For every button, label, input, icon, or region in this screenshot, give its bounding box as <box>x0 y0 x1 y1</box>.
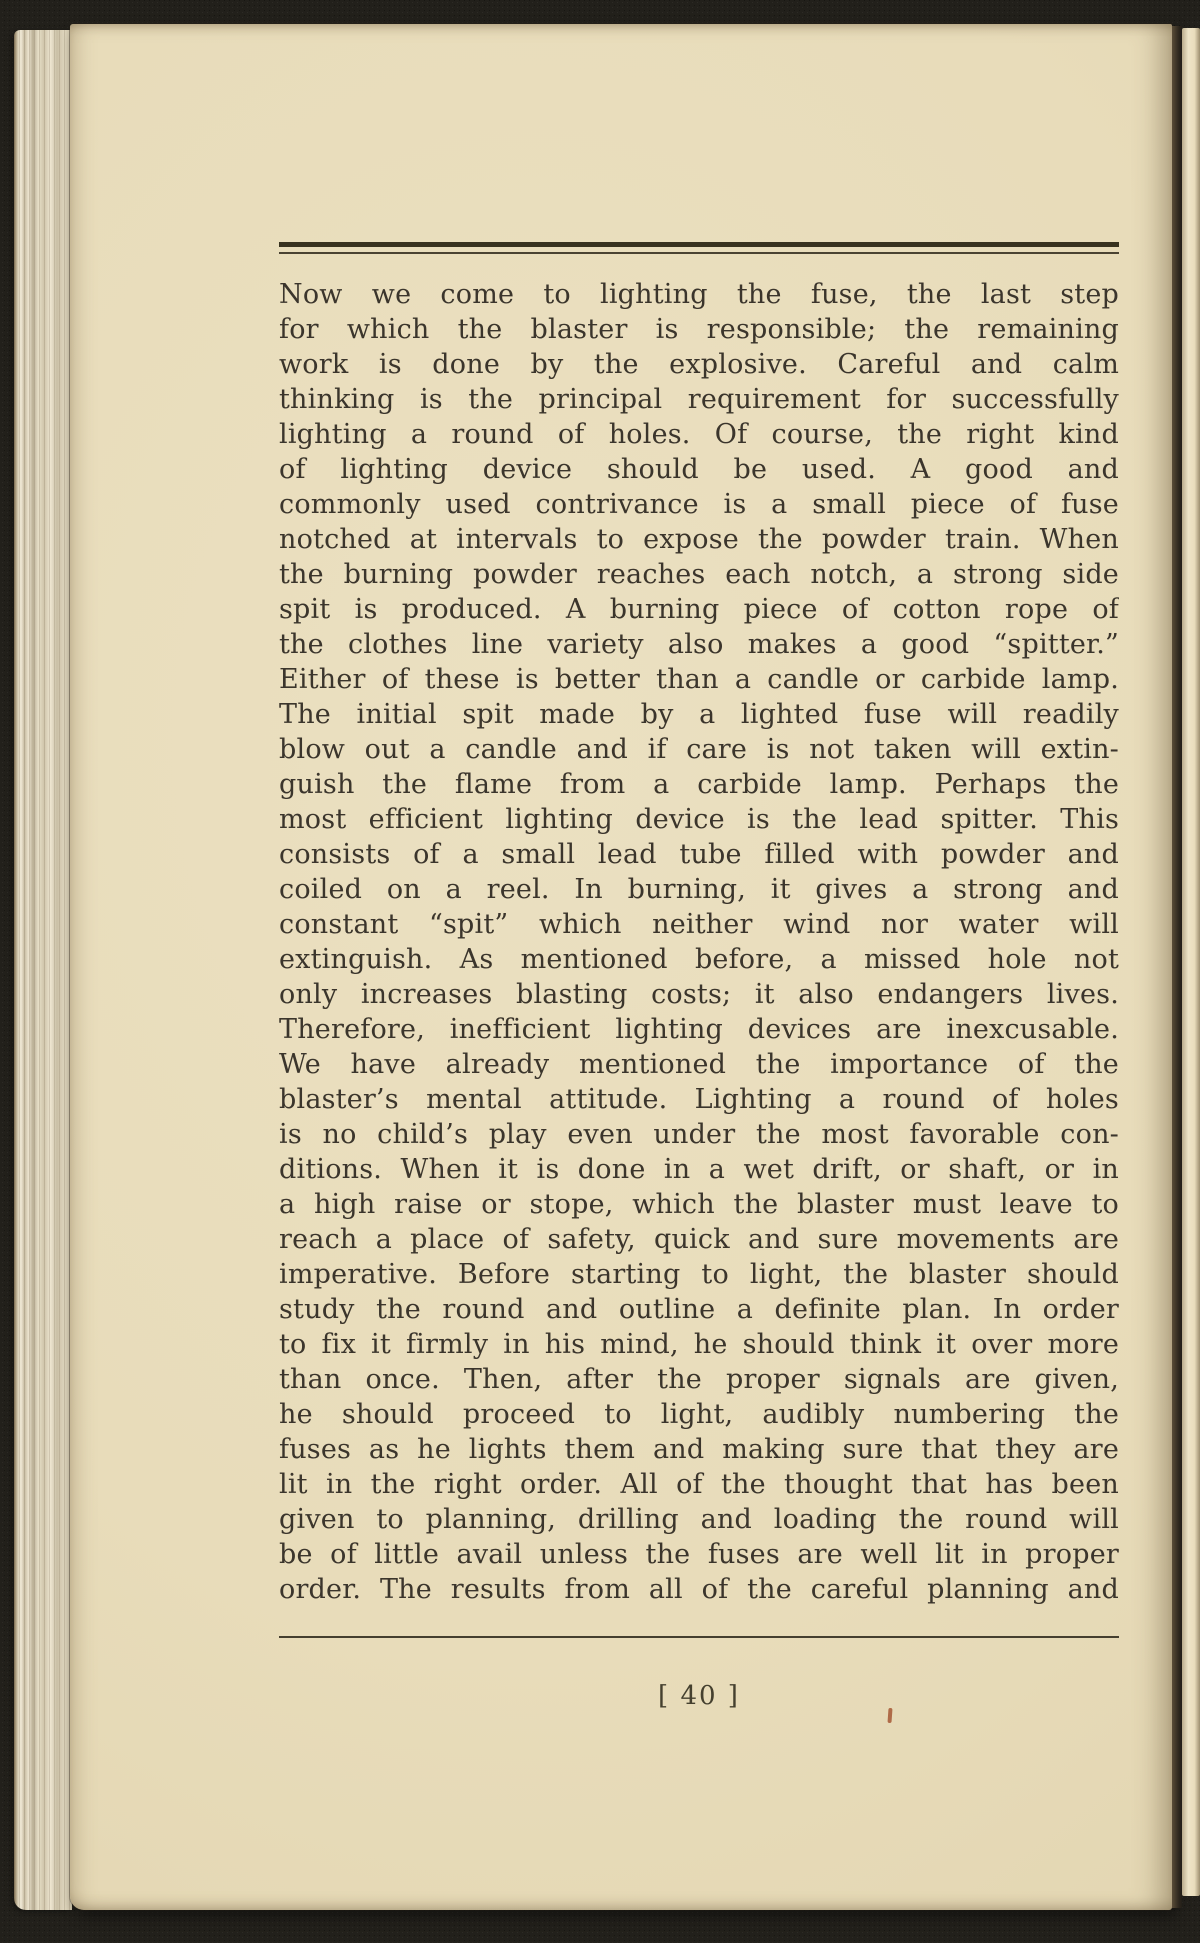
text-line: guish the flame from a carbide lamp. Per… <box>279 767 1119 802</box>
text-line: consists of a small lead tube filled wit… <box>279 837 1119 872</box>
text-line: to fix it firmly in his mind, he should … <box>279 1327 1119 1362</box>
text-line: ditions. When it is done in a wet drift,… <box>279 1152 1119 1187</box>
text-line: he should proceed to light, audibly numb… <box>279 1397 1119 1432</box>
text-line: given to planning, drilling and loading … <box>279 1502 1119 1537</box>
page-text-block: Now we come to lighting the fuse, the la… <box>279 277 1119 1607</box>
gutter-shadow <box>1172 26 1182 1908</box>
book-page: Now we come to lighting the fuse, the la… <box>70 24 1172 1910</box>
header-double-rule <box>279 242 1119 254</box>
text-line: commonly used contrivance is a small pie… <box>279 487 1119 522</box>
text-line: is no child’s play even under the most f… <box>279 1117 1119 1152</box>
paragraph-2: We have already mentioned the importance… <box>279 1047 1119 1607</box>
text-line: The initial spit made by a lighted fuse … <box>279 697 1119 732</box>
text-line: thinking is the principal requirement fo… <box>279 382 1119 417</box>
text-line: a high raise or stope, which the blaster… <box>279 1187 1119 1222</box>
photo-background: Now we come to lighting the fuse, the la… <box>0 0 1200 1943</box>
text-line: for which the blaster is responsible; th… <box>279 312 1119 347</box>
footer-rule <box>279 1636 1119 1638</box>
text-line: constant “spit” which neither wind nor w… <box>279 907 1119 942</box>
text-line: lit in the right order. All of the thoug… <box>279 1467 1119 1502</box>
text-line: lighting a round of holes. Of course, th… <box>279 417 1119 452</box>
text-line: Now we come to lighting the fuse, the la… <box>279 277 1119 312</box>
text-line: blaster’s mental attitude. Lighting a ro… <box>279 1082 1119 1117</box>
text-line: only increases blasting costs; it also e… <box>279 977 1119 1012</box>
text-line: of lighting device should be used. A goo… <box>279 452 1119 487</box>
text-line: than once. Then, after the proper signal… <box>279 1362 1119 1397</box>
text-line: imperative. Before starting to light, th… <box>279 1257 1119 1292</box>
text-line: the burning powder reaches each notch, a… <box>279 557 1119 592</box>
red-speck <box>887 1708 892 1723</box>
text-line: spit is produced. A burning piece of cot… <box>279 592 1119 627</box>
text-line: reach a place of safety, quick and sure … <box>279 1222 1119 1257</box>
adjacent-page-edge <box>1182 28 1200 1896</box>
book-fore-edge-pages <box>14 30 72 1910</box>
text-line: study the round and outline a definite p… <box>279 1292 1119 1327</box>
text-line: coiled on a reel. In burning, it gives a… <box>279 872 1119 907</box>
text-line: extinguish. As mentioned before, a misse… <box>279 942 1119 977</box>
text-line: blow out a candle and if care is not tak… <box>279 732 1119 767</box>
text-line: order. The results from all of the caref… <box>279 1572 1119 1607</box>
text-line: most efficient lighting device is the le… <box>279 802 1119 837</box>
text-line: Therefore, inefficient lighting devices … <box>279 1012 1119 1047</box>
text-line: fuses as he lights them and making sure … <box>279 1432 1119 1467</box>
paragraph-1: Now we come to lighting the fuse, the la… <box>279 277 1119 1047</box>
page-number: [ 40 ] <box>279 1679 1119 1714</box>
text-line: be of little avail unless the fuses are … <box>279 1537 1119 1572</box>
text-line: the clothes line variety also makes a go… <box>279 627 1119 662</box>
text-line: We have already mentioned the importance… <box>279 1047 1119 1082</box>
text-line: notched at intervals to expose the powde… <box>279 522 1119 557</box>
text-line: Either of these is better than a candle … <box>279 662 1119 697</box>
text-line: work is done by the explosive. Careful a… <box>279 347 1119 382</box>
